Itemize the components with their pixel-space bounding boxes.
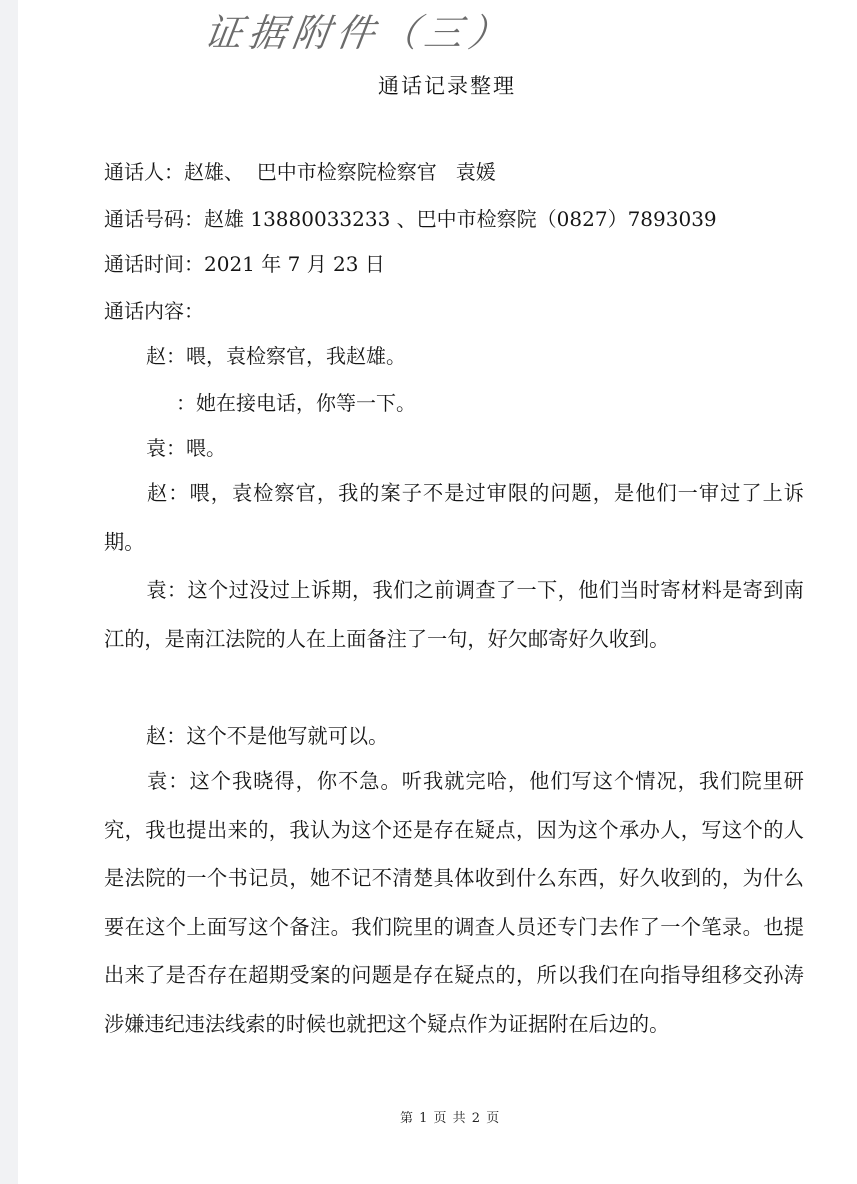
call-phone-label: 通话号码： (104, 207, 204, 231)
dialogue-paragraph: 赵：这个不是他写就可以。 (104, 712, 804, 761)
call-time-label: 通话时间： (104, 252, 204, 276)
page-number: 第 1 页 共 2 页 (400, 1107, 500, 1126)
dialogue-paragraph: 袁：这个过没过上诉期，我们之前调查了一下，他们当时寄材料是寄到南江的，是南江法院… (104, 566, 804, 663)
dialogue-line: 赵：喂，袁检察官，我赵雄。 (146, 342, 406, 370)
document-title: 通话记录整理 (378, 70, 516, 100)
dialogue-paragraph: 赵：喂，袁检察官，我的案子不是过审限的问题，是他们一审过了上诉期。 (104, 469, 804, 566)
handwritten-annotation: 证据附件（三） (201, 2, 517, 57)
call-parties-label: 通话人： (104, 160, 184, 184)
call-parties: 通话人：赵雄、 巴中市检察院检察官 袁媛 (104, 158, 496, 186)
dialogue-line: ：她在接电话，你等一下。 (176, 389, 416, 417)
call-parties-value: 赵雄、 巴中市检察院检察官 袁媛 (184, 160, 496, 184)
call-phone-value: 赵雄 13880033233 、巴中市检察院（0827）7893039 (204, 207, 717, 231)
call-phone-numbers: 通话号码：赵雄 13880033233 、巴中市检察院（0827）7893039 (104, 205, 717, 233)
dialogue-line: 袁：喂。 (146, 434, 226, 462)
call-content-label: 通话内容： (104, 297, 204, 325)
call-time: 通话时间：2021 年 7 月 23 日 (104, 250, 385, 278)
dialogue-paragraph: 袁：这个我晓得，你不急。听我就完哈，他们写这个情况，我们院里研究，我也提出来的，… (104, 757, 804, 1048)
call-time-value: 2021 年 7 月 23 日 (204, 252, 385, 276)
